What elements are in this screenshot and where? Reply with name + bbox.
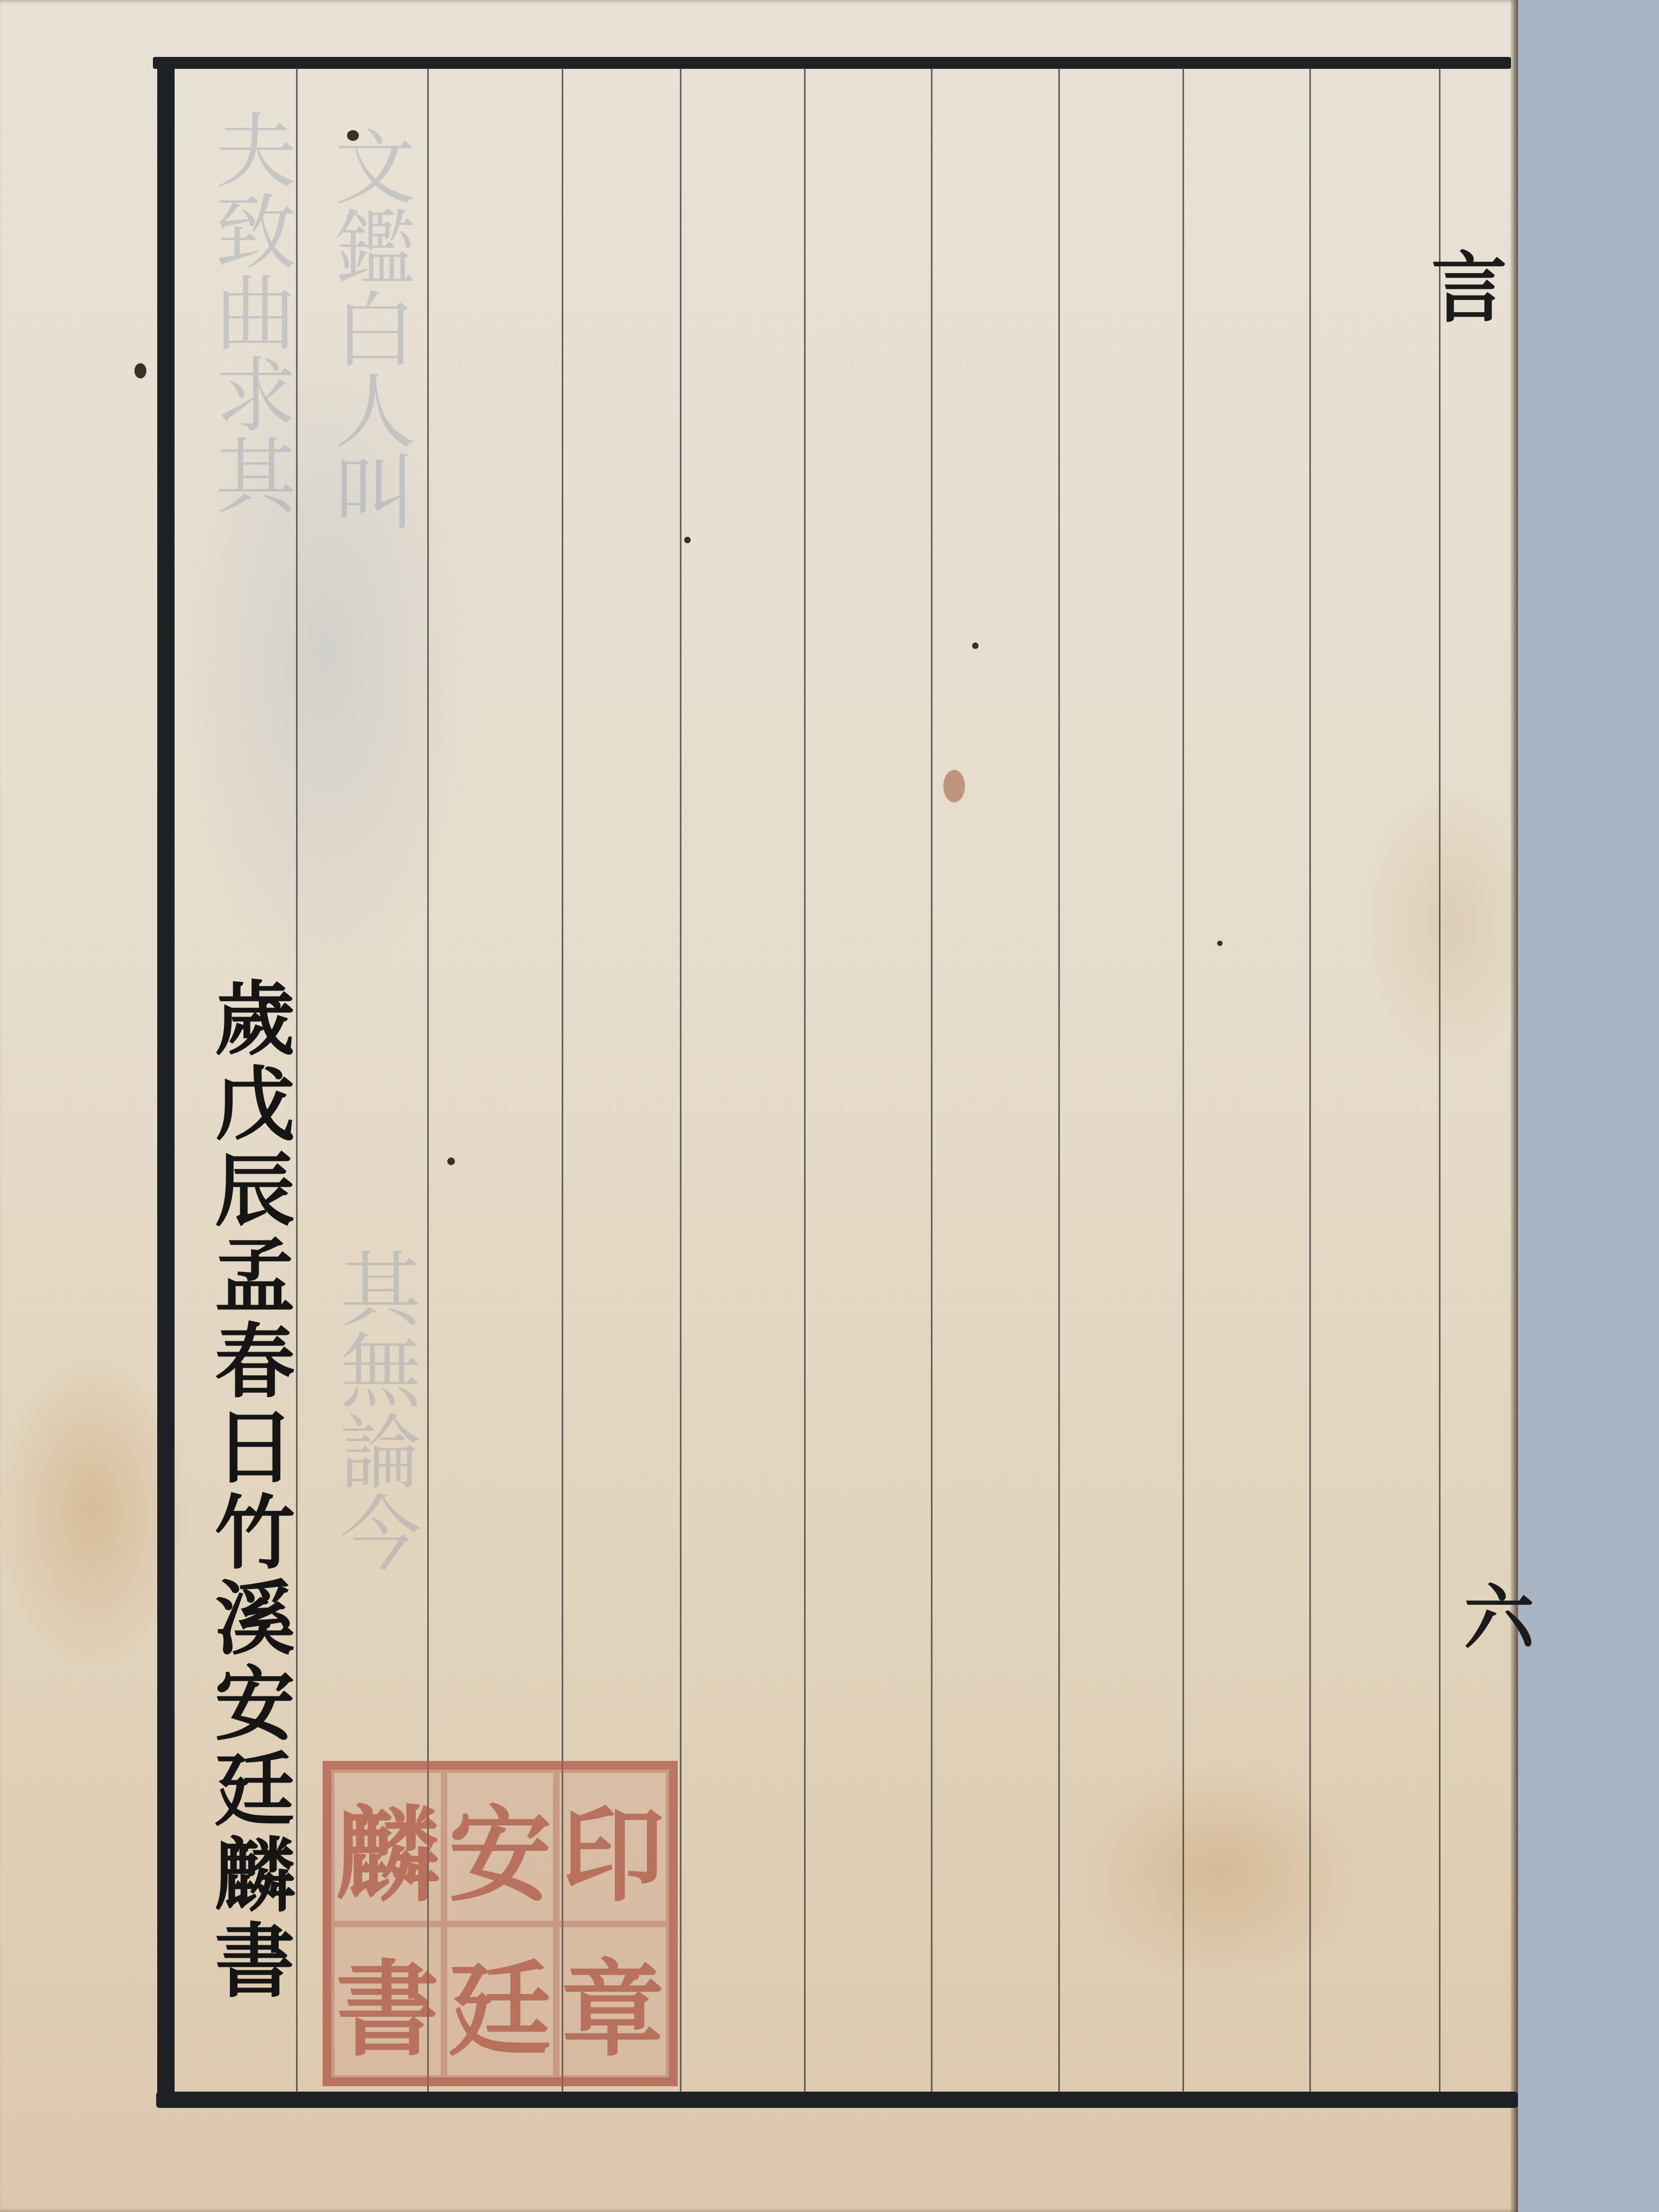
- frame-top-line: [153, 57, 1511, 69]
- bleed-through-text-3: 其無論今: [325, 1247, 420, 1572]
- column-line: [680, 68, 681, 2093]
- seal-char: 安: [444, 1770, 557, 1924]
- column-line: [804, 68, 806, 2093]
- colophon-char: 溪: [215, 1576, 295, 1661]
- ink-speck: [347, 130, 359, 141]
- colophon-char: 安: [215, 1661, 295, 1747]
- column-line: [1309, 68, 1311, 2093]
- colophon-char: 孟: [215, 1233, 295, 1319]
- seal-char: 書: [331, 1924, 444, 2079]
- colophon-char: 春: [215, 1319, 295, 1404]
- red-seal-stamp: 麟 安 印 書 廷 章: [323, 1761, 678, 2086]
- ink-speck: [972, 642, 979, 649]
- bleed-through-text-1: 夫致曲求其: [201, 108, 295, 515]
- ink-speck: [1217, 941, 1223, 946]
- column-line: [931, 68, 933, 2093]
- colophon-char: 歲: [215, 976, 295, 1062]
- frame-bottom-line: [156, 2092, 1518, 2108]
- seal-char: 麟: [331, 1770, 444, 1924]
- colophon-char: 書: [215, 1918, 295, 2004]
- margin-mark-top: 言: [1431, 228, 1507, 337]
- column-line: [1439, 68, 1441, 2093]
- rust-stain: [943, 770, 965, 802]
- ink-speck: [684, 537, 691, 543]
- colophon-char: 辰: [215, 1147, 295, 1233]
- bleed-through-text-2: 文鑑白人叫: [320, 125, 415, 531]
- margin-mark-bottom: 六: [1464, 1561, 1534, 1663]
- colophon-char: 竹: [215, 1490, 295, 1576]
- ink-speck: [447, 1158, 455, 1165]
- seal-char: 廷: [444, 1924, 557, 2079]
- colophon-char: 廷: [215, 1747, 295, 1832]
- frame-left-line: [157, 59, 175, 2105]
- column-line: [1058, 68, 1060, 2093]
- colophon-inscription: 歲 戊 辰 孟 春 日 竹 溪 安 廷 麟 書: [192, 976, 317, 2004]
- colophon-char: 日: [215, 1404, 295, 1490]
- ink-speck: [134, 363, 146, 378]
- colophon-char: 戊: [215, 1062, 295, 1147]
- column-line: [1182, 68, 1184, 2093]
- seal-char: 章: [556, 1924, 669, 2079]
- page-edge: [1510, 0, 1518, 2212]
- colophon-char: 麟: [215, 1832, 295, 1918]
- seal-char: 印: [556, 1770, 669, 1924]
